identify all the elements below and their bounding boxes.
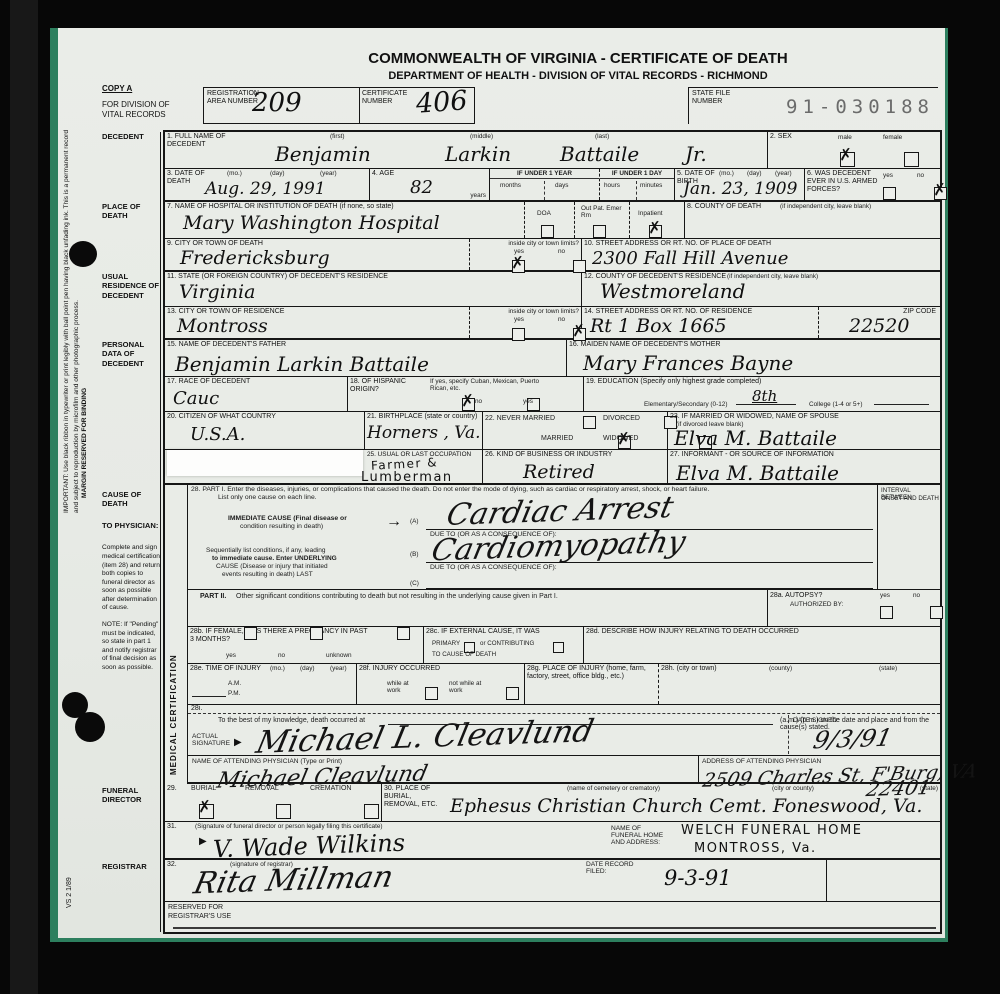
certificate-subtitle: DEPARTMENT OF HEALTH - DIVISION OF VITAL… — [258, 70, 898, 82]
street-of-death-label: 10. STREET ADDRESS OR RT. NO. OF PLACE O… — [584, 240, 771, 248]
registrar-number: 32. — [167, 861, 177, 869]
yes-note: yes — [883, 172, 893, 179]
race-value: Cauc — [173, 390, 219, 408]
to-cause-label: TO CAUSE OF DEATH — [432, 651, 496, 658]
field-date-of-death: 3. DATE OF DEATH (mo.) (day) (year) Aug.… — [165, 169, 370, 200]
scan-background-strip — [10, 0, 38, 994]
punch-hole — [69, 241, 97, 267]
interval-label2: ONSET AND DEATH — [881, 495, 939, 502]
physician-address-label: ADDRESS OF ATTENDING PHYSICIAN — [702, 758, 821, 765]
seq-label3: CAUSE (Disease or injury that initiated — [216, 563, 328, 570]
residence-county-value: Westmoreland — [600, 281, 745, 301]
row-occupation: 25. USUAL OR LAST OCCUPATION Farmer & Lu… — [165, 450, 940, 485]
seq-label1: Sequentially list conditions, if any, le… — [206, 547, 325, 554]
part2-label: PART II. — [200, 593, 226, 600]
hours-note: hours — [604, 182, 620, 189]
immediate-cause-label1: IMMEDIATE CAUSE (Final disease or — [228, 515, 347, 522]
zip-label: ZIP CODE — [903, 308, 936, 315]
divider — [544, 181, 545, 200]
certificate-title: COMMONWEALTH OF VIRGINIA - CERTIFICATE O… — [258, 50, 898, 67]
checkmark-armed-no: ✗ — [933, 182, 948, 199]
limits-label: inside city or town limits? — [470, 308, 579, 315]
occupation-value-line2: Lumberman — [361, 471, 453, 484]
hispanic-label: 18. OF HISPANIC ORIGIN? — [350, 378, 428, 394]
margin-important-line: IMPORTANT: Use black ribbon in typewrite… — [62, 128, 82, 513]
field-doa: DOA — [525, 202, 575, 238]
college-line — [874, 404, 929, 405]
pointer-icon: ▶ — [199, 836, 207, 847]
date-signed-value: 9/3/91 — [811, 726, 894, 753]
field-date-of-birth: 5. DATE OF BIRTH (mo.) (day) (year) Jan.… — [675, 169, 805, 200]
seq-label4: events resulting in death) LAST — [222, 571, 313, 578]
race-label: 17. RACE OF DECEDENT — [167, 378, 250, 386]
injury-county-note: (county) — [769, 665, 792, 672]
field-part1: 28. PART I. Enter the diseases, injuries… — [188, 485, 940, 589]
certificate-number-label: CERTIFICATE NUMBER — [362, 90, 422, 107]
row-hospital: 7. NAME OF HOSPITAL OR INSTITUTION OF DE… — [165, 202, 940, 239]
field-funeral-signature: 31. (Signature of funeral director or pe… — [165, 822, 609, 858]
row-part1-cause: 28. PART I. Enter the diseases, injuries… — [188, 485, 940, 590]
zip-value: 22520 — [849, 317, 909, 336]
field-describe-injury: 28d. DESCRIBE HOW INJURY RELATING TO DEA… — [584, 627, 940, 663]
residence-state-value: Virginia — [179, 283, 255, 302]
division-label: FOR DIVISION OF VITAL RECORDS — [102, 100, 190, 120]
field-outpatient: Out Pat. Emer Rm — [575, 202, 630, 238]
year-note: (year) — [330, 665, 347, 672]
date-signed-divider — [788, 715, 789, 754]
married-label: MARRIED — [541, 435, 573, 442]
immediate-cause-label2: condition resulting in death) — [240, 523, 323, 530]
field-registrar-blank — [827, 860, 940, 901]
days-note: days — [555, 182, 569, 189]
row-city-of-death: 9. CITY OR TOWN OF DEATH Fredericksburg … — [165, 239, 940, 272]
row-name-sex: 1. FULL NAME OF DECEDENT (first) (middle… — [165, 132, 940, 169]
field-part2: PART II. Other significant conditions co… — [188, 590, 768, 626]
widowed-label: WIDOWED — [603, 435, 638, 442]
field-armed-forces: 6. WAS DECEDENT EVER IN U.S. ARMED FORCE… — [805, 169, 940, 200]
funeral-director-signature: V. Wade Wilkins — [213, 831, 406, 862]
row-funeral-director-signature: 31. (Signature of funeral director or pe… — [165, 822, 940, 860]
checkmark-inpatient: ✗ — [647, 220, 662, 237]
yes-note: yes — [880, 592, 890, 599]
registrar-signature-value: Rita Millman — [191, 863, 396, 900]
injury-state-note: (state) — [879, 665, 897, 672]
sex-male-label: male — [838, 134, 852, 141]
field-industry: 26. KIND OF BUSINESS OR INDUSTRY Retired — [483, 450, 668, 483]
citizen-value: U.S.A. — [190, 426, 245, 444]
checkbox-pregnancy-no — [310, 627, 323, 640]
middle-note: (middle) — [470, 133, 493, 140]
divider — [636, 181, 637, 200]
state-file-label: STATE FILE NUMBER — [692, 90, 747, 107]
field-residence-limits: inside city or town limits? yes no ✗ — [470, 307, 582, 338]
redaction-box — [167, 450, 363, 476]
checkbox-hispanic-no: ✗ — [462, 398, 475, 411]
checkbox-cremation — [364, 804, 379, 819]
no-note: no — [558, 316, 565, 323]
punch-hole — [75, 712, 105, 742]
seq-label2: to immediate cause. Enter UNDERLYING — [212, 555, 337, 562]
field-mother-name: 16. MAIDEN NAME OF DECEDENT'S MOTHER Mar… — [567, 340, 940, 376]
while-at-work-label: while at work — [387, 680, 417, 694]
funeral-home-value2: MONTROSS, Va. — [694, 842, 817, 855]
physician-row-rule — [188, 755, 940, 756]
elementary-label: Elementary/Secondary (0-12) — [644, 401, 727, 408]
field-inpatient: Inpatient ✗ — [630, 202, 685, 238]
yes-note: yes — [226, 652, 236, 659]
time-of-injury-label: 28e. TIME OF INJURY — [190, 665, 261, 673]
arrow-icon: → — [386, 513, 402, 531]
field-place-of-burial: 30. PLACE OF BURIAL, REMOVAL, ETC. (name… — [382, 784, 940, 821]
primary-label: PRIMARY — [432, 640, 460, 647]
describe-injury-label: 28d. DESCRIBE HOW INJURY RELATING TO DEA… — [586, 628, 799, 636]
first-note: (first) — [330, 133, 345, 140]
father-value: Benjamin Larkin Battaile — [175, 354, 429, 374]
field-residence-county: 12. COUNTY OF DECEDENT'S RESIDENCE (if i… — [582, 272, 940, 306]
contributing-label: or CONTRIBUTING — [480, 640, 534, 647]
funeral-home-label: NAME OF FUNERAL HOME AND ADDRESS: — [611, 825, 671, 846]
city-of-death-value: Fredericksburg — [180, 249, 330, 268]
city-county-note: (city or county) — [772, 785, 814, 792]
mo-note: (mo.) — [227, 170, 242, 177]
field-birthplace: 21. BIRTHPLACE (state or country) Horner… — [365, 412, 483, 449]
field-citizen: 20. CITIZEN OF WHAT COUNTRY U.S.A. — [165, 412, 365, 449]
field-street-of-death: 10. STREET ADDRESS OR RT. NO. OF PLACE O… — [582, 239, 940, 270]
injury-city-label: 28h. (city or town) — [661, 665, 717, 673]
date-of-death-value: Aug. 29, 1991 — [205, 181, 326, 198]
row-registrar: 32. (signature of registrar) Rita Millma… — [165, 860, 940, 902]
yes-note: yes — [523, 398, 533, 405]
section-label-funeral-director: FUNERAL DIRECTOR — [102, 786, 160, 805]
checkmark-burial: ✗ — [197, 799, 212, 816]
attending-physician-label: NAME OF ATTENDING PHYSICIAN (Type or Pri… — [192, 758, 342, 765]
no-note: no — [475, 398, 482, 405]
residence-state-label: 11. STATE (OR FOREIGN COUNTRY) OF DECEDE… — [167, 273, 388, 281]
field-occupation: 25. USUAL OR LAST OCCUPATION Farmer & Lu… — [365, 450, 483, 483]
minutes-note: minutes — [640, 182, 662, 189]
burial-label: BURIAL — [191, 785, 216, 792]
field-if-under-1-year: IF UNDER 1 YEAR months days — [490, 169, 600, 200]
certificate-form: MEDICAL CERTIFICATION 1. FULL NAME OF DE… — [163, 130, 942, 934]
county-of-death-note: (if independent city, leave blank) — [780, 203, 871, 210]
hospital-label: 7. NAME OF HOSPITAL OR INSTITUTION OF DE… — [167, 203, 394, 211]
field-hispanic-origin: 18. OF HISPANIC ORIGIN? If yes, specify … — [348, 377, 584, 411]
autopsy-label: 28a. AUTOPSY? — [770, 592, 822, 600]
row-part2: PART II. Other significant conditions co… — [188, 590, 940, 627]
name-middle-value: Larkin — [445, 144, 511, 164]
checkmark-hispanic-no: ✗ — [460, 393, 475, 410]
no-note: no — [913, 592, 920, 599]
field-if-under-1-day: IF UNDER 1 DAY hours minutes — [600, 169, 675, 200]
place-of-burial-label: 30. PLACE OF BURIAL, REMOVAL, ETC. — [384, 785, 446, 809]
informant-value: Elva M. Battaile — [676, 463, 839, 483]
field-residence-city: 13. CITY OR TOWN OF RESIDENCE Montross — [165, 307, 470, 338]
date-filed-label: DATE RECORD FILED: — [586, 861, 646, 875]
field-pregnancy: 28b. IF FEMALE, WAS THERE A PREGNANCY IN… — [188, 627, 424, 663]
date-of-birth-value: Jan. 23, 1909 — [683, 181, 797, 198]
cause-instructions: Complete and sign medical certification … — [102, 544, 160, 613]
checkmark-sex-male: ✗ — [838, 147, 853, 164]
form-double-rule — [160, 132, 161, 932]
checkbox-autopsy-yes — [880, 606, 893, 619]
no-note: no — [917, 172, 924, 179]
removal-label: REMOVAL — [245, 785, 279, 792]
education-label: 19. EDUCATION (Specify only highest grad… — [586, 378, 761, 386]
binding-margin-text: MARGIN RESERVED FOR BINDING IMPORTANT: U… — [68, 128, 94, 498]
field-residence-street: 14. STREET ADDRESS OR RT. NO. OF RESIDEN… — [582, 307, 819, 338]
field-external-cause: 28c. IF EXTERNAL CAUSE, IT WAS PRIMARY o… — [424, 627, 584, 663]
no-note: no — [558, 248, 565, 255]
years-note: years — [470, 192, 486, 199]
sex-label: 2. SEX — [770, 133, 792, 141]
row-race-education: 17. RACE OF DECEDENT Cauc 18. OF HISPANI… — [165, 377, 940, 412]
field-time-of-injury: 28e. TIME OF INJURY (mo.) (day) (year) A… — [188, 664, 357, 704]
checkbox-inpatient: ✗ — [649, 225, 662, 238]
part1-instructions2: List only one cause on each line. — [218, 494, 317, 501]
outpatient-label: Out Pat. Emer Rm — [581, 205, 626, 219]
place-of-injury-label: 28g. PLACE OF INJURY (home, farm, factor… — [527, 665, 647, 681]
checkbox-pregnancy-unknown — [397, 627, 410, 640]
name-first-value: Benjamin — [275, 144, 371, 164]
disposition-number: 29. — [167, 785, 177, 793]
checkbox-removal — [276, 804, 291, 819]
row-certification: 28i. To the best of my knowledge, death … — [188, 705, 940, 784]
date-filed-value: 9-3-91 — [664, 868, 732, 889]
section-label-personal-data: PERSONAL DATA OF DECEDENT — [102, 340, 160, 368]
full-name-label: 1. FULL NAME OF DECEDENT — [167, 133, 247, 149]
last-note: (last) — [595, 133, 609, 140]
residence-city-value: Montross — [177, 317, 268, 336]
sex-female-label: female — [883, 134, 902, 141]
county-of-death-label: 8. COUNTY OF DEATH — [687, 203, 761, 211]
section-label-registrar: REGISTRAR — [102, 862, 160, 871]
months-note: months — [500, 182, 521, 189]
field-residence-state: 11. STATE (OR FOREIGN COUNTRY) OF DECEDE… — [165, 272, 582, 306]
under-1-day-label: IF UNDER 1 DAY — [600, 170, 674, 179]
education-value: 8th — [752, 389, 777, 404]
age-label: 4. AGE — [372, 170, 394, 178]
row-parents: 15. NAME OF DECEDENT'S FATHER Benjamin L… — [165, 340, 940, 377]
field-spouse: 23. IF MARRIED OR WIDOWED, NAME OF SPOUS… — [668, 412, 940, 449]
divorced-label: DIVORCED — [603, 415, 640, 422]
cause-title: CAUSE OF DEATH — [102, 490, 141, 508]
checkbox-doa — [541, 225, 554, 238]
field-zip: ZIP CODE 22520 — [819, 307, 940, 338]
field-injury-occurred: 28f. INJURY OCCURRED while at work not w… — [357, 664, 525, 704]
field-injury-city: 28h. (city or town) (county) (state) — [659, 664, 940, 704]
line-b-label: (B) — [410, 551, 419, 558]
college-label: College (1-4 or 5+) — [809, 401, 862, 408]
line-c — [426, 485, 873, 589]
cemetery-note: (name of cemetery or crematory) — [567, 785, 660, 792]
reserved-label2: REGISTRAR'S USE — [168, 913, 231, 920]
industry-value: Retired — [523, 463, 595, 482]
place-of-burial-value: Ephesus Christian Church Cemt. Foneswood… — [450, 797, 922, 816]
field-autopsy: 28a. AUTOPSY? AUTHORIZED BY: yes no — [768, 590, 940, 626]
field-date-record-filed: DATE RECORD FILED: 9-3-91 — [584, 860, 827, 901]
medical-certification-strip: MEDICAL CERTIFICATION — [165, 485, 188, 784]
field-marital-status: 22. NEVER MARRIED DIVORCED MARRIED ✗ WID… — [483, 412, 668, 449]
authorized-by-label: AUTHORIZED BY: — [790, 601, 843, 608]
unknown-note: unknown — [326, 652, 352, 659]
funeral-sig-note: (Signature of funeral director or person… — [195, 823, 383, 830]
checkbox-outpatient — [593, 225, 606, 238]
under-1-year-label: IF UNDER 1 YEAR — [490, 170, 599, 179]
copy-label: COPY A — [102, 84, 132, 93]
line-a-label: (A) — [410, 518, 419, 525]
cremation-label: CREMATION — [310, 785, 351, 792]
form-code: VS 2 1/89 — [66, 838, 73, 908]
section-label-decedent: DECEDENT — [102, 132, 160, 141]
checkbox-burial: ✗ — [199, 804, 214, 819]
armed-forces-label: 6. WAS DECEDENT EVER IN U.S. ARMED FORCE… — [807, 170, 879, 194]
checkbox-not-while-at-work — [506, 687, 519, 700]
regbox-divider — [359, 88, 360, 123]
physician-addr-divider — [698, 755, 699, 782]
physician-signature-value: Michael L. Cleavlund — [253, 716, 596, 759]
bottom-rule — [173, 927, 936, 929]
checkbox-pregnancy-yes — [244, 627, 257, 640]
year-note: (year) — [320, 170, 337, 177]
scanned-death-certificate: COMMONWEALTH OF VIRGINIA - CERTIFICATE O… — [0, 0, 1000, 994]
external-cause-label: 28c. IF EXTERNAL CAUSE, IT WAS — [426, 628, 540, 636]
limits-label: inside city or town limits? — [470, 240, 579, 247]
inpatient-label: Inpatient — [638, 210, 663, 217]
pointer-icon: ▶ — [234, 737, 242, 748]
yes-note: yes — [514, 316, 524, 323]
field-education: 19. EDUCATION (Specify only highest grad… — [584, 377, 940, 411]
checkbox-armed-no: ✗ — [934, 187, 947, 200]
checkbox-contributing — [553, 642, 564, 653]
field-county-of-death: 8. COUNTY OF DEATH (if independent city,… — [685, 202, 940, 238]
state-file-number-box: STATE FILE NUMBER 91-030188 — [688, 87, 938, 124]
funeral-home-value1: WELCH FUNERAL HOME — [681, 824, 862, 837]
actual-signature-label: ACTUAL SIGNATURE — [192, 733, 230, 747]
checkbox-never-married — [583, 416, 596, 429]
day-note: (day) — [300, 665, 315, 672]
no-note: no — [278, 652, 285, 659]
injury-occurred-label: 28f. INJURY OCCURRED — [359, 665, 440, 673]
citizen-label: 20. CITIZEN OF WHAT COUNTRY — [167, 413, 276, 421]
birthplace-label: 21. BIRTHPLACE (state or country) — [367, 413, 477, 421]
field-place-of-injury: 28g. PLACE OF INJURY (home, farm, factor… — [525, 664, 659, 704]
field-funeral-home: NAME OF FUNERAL HOME AND ADDRESS: WELCH … — [609, 822, 940, 858]
hispanic-note: If yes, specify Cuban, Mexican, Puerto R… — [430, 378, 540, 392]
row-28e: 28e. TIME OF INJURY (mo.) (day) (year) A… — [188, 664, 940, 705]
field-age: 4. AGE 82 years — [370, 169, 490, 200]
row-death-date: 3. DATE OF DEATH (mo.) (day) (year) Aug.… — [165, 169, 940, 202]
section-label-cause-of-death: CAUSE OF DEATH TO PHYSICIAN: Complete an… — [102, 490, 160, 672]
state-file-value: 91-030188 — [786, 96, 934, 118]
registration-number-box: REGISTRATION AREA NUMBER 209 CERTIFICATE… — [203, 87, 475, 124]
field-hospital: 7. NAME OF HOSPITAL OR INSTITUTION OF DE… — [165, 202, 525, 238]
residence-street-value: Rt 1 Box 1665 — [590, 317, 727, 336]
day-note: (day) — [747, 170, 762, 177]
name-last-value: Battaile — [560, 144, 639, 164]
field-informant: 27. INFORMANT - OR SOURCE OF INFORMATION… — [668, 450, 940, 483]
day-note: (day) — [270, 170, 285, 177]
field-race: 17. RACE OF DECEDENT Cauc — [165, 377, 348, 411]
checkmark-death-limits-yes: ✗ — [510, 255, 525, 272]
line-c-label: (C) — [410, 580, 419, 587]
certificate-paper: COMMONWEALTH OF VIRGINIA - CERTIFICATE O… — [50, 28, 948, 942]
registration-area-value: 209 — [252, 90, 302, 116]
never-married-label: 22. NEVER MARRIED — [485, 415, 555, 422]
medical-certification-label: MEDICAL CERTIFICATION — [169, 495, 178, 775]
checkbox-autopsy-no — [930, 606, 943, 619]
field-disposition: 29. BURIAL REMOVAL CREMATION ✗ — [165, 784, 382, 821]
section-label-place-of-death: PLACE OF DEATH — [102, 202, 160, 221]
row-28b: 28b. IF FEMALE, WAS THERE A PREGNANCY IN… — [188, 627, 940, 664]
field-redacted — [165, 450, 365, 483]
name-suffix-value: Jr. — [685, 144, 707, 164]
checkbox-armed-yes — [883, 187, 896, 200]
field-registrar-signature: 32. (signature of registrar) Rita Millma… — [165, 860, 584, 901]
field-full-name: 1. FULL NAME OF DECEDENT (first) (middle… — [165, 132, 768, 168]
time-line — [192, 696, 226, 697]
checkbox-sex-male: ✗ — [840, 152, 855, 167]
am-label: A.M. — [228, 680, 241, 687]
industry-label: 26. KIND OF BUSINESS OR INDUSTRY — [485, 451, 612, 459]
cert-28i-label: 28i. — [191, 705, 202, 713]
hospital-value: Mary Washington Hospital — [183, 214, 440, 233]
physician-zip-value: 22401 — [865, 777, 933, 799]
field-sex: 2. SEX male female ✗ — [768, 132, 940, 168]
field-certification: 28i. To the best of my knowledge, death … — [188, 705, 940, 782]
funeral-sig-number: 31. — [167, 823, 177, 831]
interval-divider — [877, 485, 878, 589]
row-burial: 29. BURIAL REMOVAL CREMATION ✗ 30. PLACE… — [165, 784, 940, 822]
year-note: (year) — [775, 170, 792, 177]
section-label-usual-residence: USUAL RESIDENCE OF DECEDENT — [102, 272, 160, 300]
row-citizen-marital: 20. CITIZEN OF WHAT COUNTRY U.S.A. 21. B… — [165, 412, 940, 450]
pm-label: P.M. — [228, 690, 240, 697]
cause-to-physician: TO PHYSICIAN: — [102, 521, 160, 530]
part2-text: Other significant conditions contributin… — [236, 593, 763, 600]
row-reserved: RESERVED FOR REGISTRAR'S USE — [165, 902, 940, 932]
field-reserved: RESERVED FOR REGISTRAR'S USE — [165, 902, 940, 932]
birthplace-value: Horners , Va. — [367, 425, 481, 442]
age-value: 82 — [410, 179, 433, 197]
row-residence-state: 11. STATE (OR FOREIGN COUNTRY) OF DECEDE… — [165, 272, 940, 307]
checkbox-while-at-work — [425, 687, 438, 700]
cause-note: NOTE: If "Pending" must be indicated, so… — [102, 621, 160, 672]
not-while-at-work-label: not while at work — [449, 680, 483, 694]
street-of-death-value: 2300 Fall Hill Avenue — [592, 250, 788, 268]
certificate-number-value: 406 — [415, 87, 468, 118]
field-father-name: 15. NAME OF DECEDENT'S FATHER Benjamin L… — [165, 340, 567, 376]
reserved-label1: RESERVED FOR — [168, 904, 223, 911]
mo-note: (mo.) — [270, 665, 285, 672]
spouse-value: Elva M. Battaile — [674, 428, 837, 448]
mother-value: Mary Frances Bayne — [583, 353, 793, 373]
checkbox-sex-female — [904, 152, 919, 167]
mother-label: 16. MAIDEN NAME OF DECEDENT'S MOTHER — [569, 341, 720, 349]
informant-label: 27. INFORMANT - OR SOURCE OF INFORMATION — [670, 451, 834, 459]
mo-note: (mo.) — [719, 170, 734, 177]
pregnancy-label: 28b. IF FEMALE, WAS THERE A PREGNANCY IN… — [190, 628, 370, 644]
field-death-city-limits: inside city or town limits? yes no ✗ — [470, 239, 582, 270]
date-signed-label: DATE SIGNED: — [793, 717, 839, 724]
doa-label: DOA — [537, 210, 551, 217]
row-residence-city: 13. CITY OR TOWN OF RESIDENCE Montross i… — [165, 307, 940, 340]
father-label: 15. NAME OF DECEDENT'S FATHER — [167, 341, 286, 349]
field-city-of-death: 9. CITY OR TOWN OF DEATH Fredericksburg — [165, 239, 470, 270]
spouse-label: 23. IF MARRIED OR WIDOWED, NAME OF SPOUS… — [670, 413, 839, 421]
